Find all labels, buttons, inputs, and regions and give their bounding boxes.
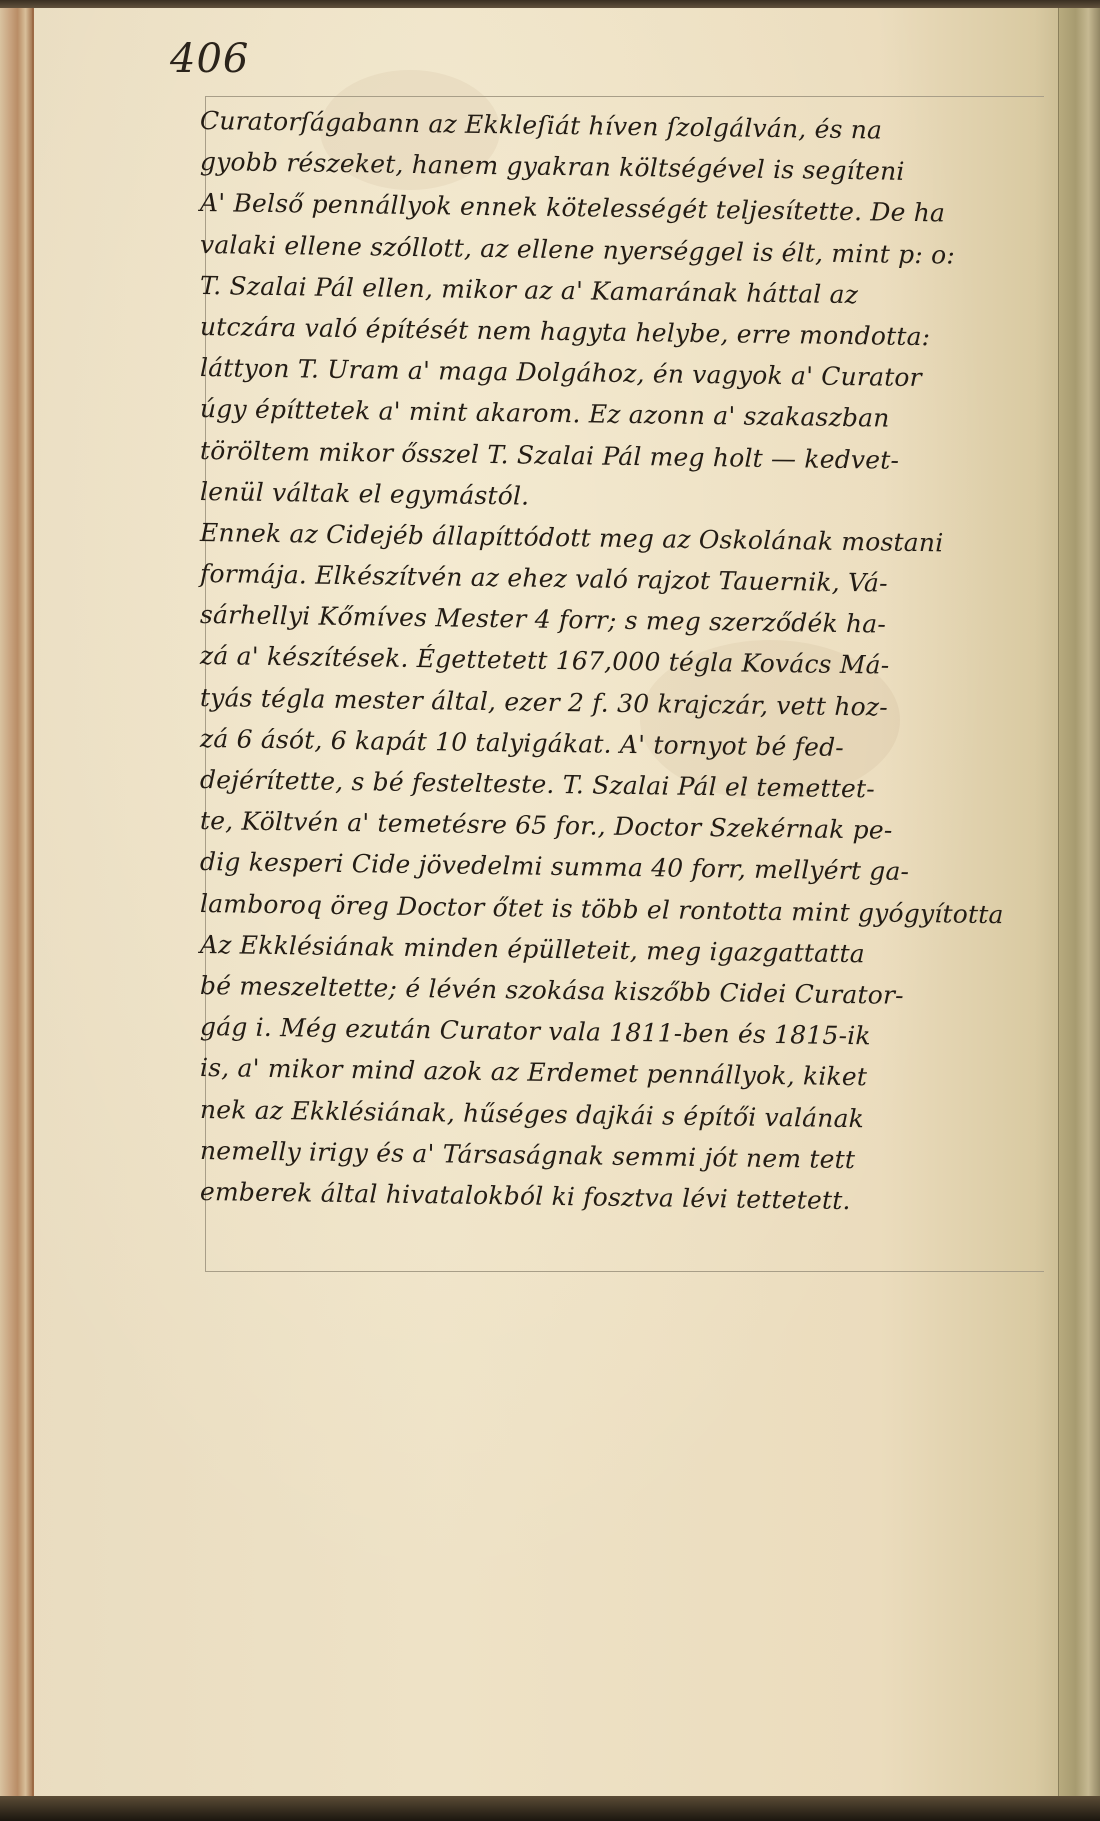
page-number: 406 [170, 36, 249, 82]
right-gutter-shadow [1058, 8, 1100, 1803]
left-page-edge-binding [0, 8, 34, 1798]
book-bottom-edge [0, 1796, 1100, 1821]
handwritten-text-block: Curatorſágabann az Ekkleſiát híven ſzolg… [200, 100, 1055, 1212]
